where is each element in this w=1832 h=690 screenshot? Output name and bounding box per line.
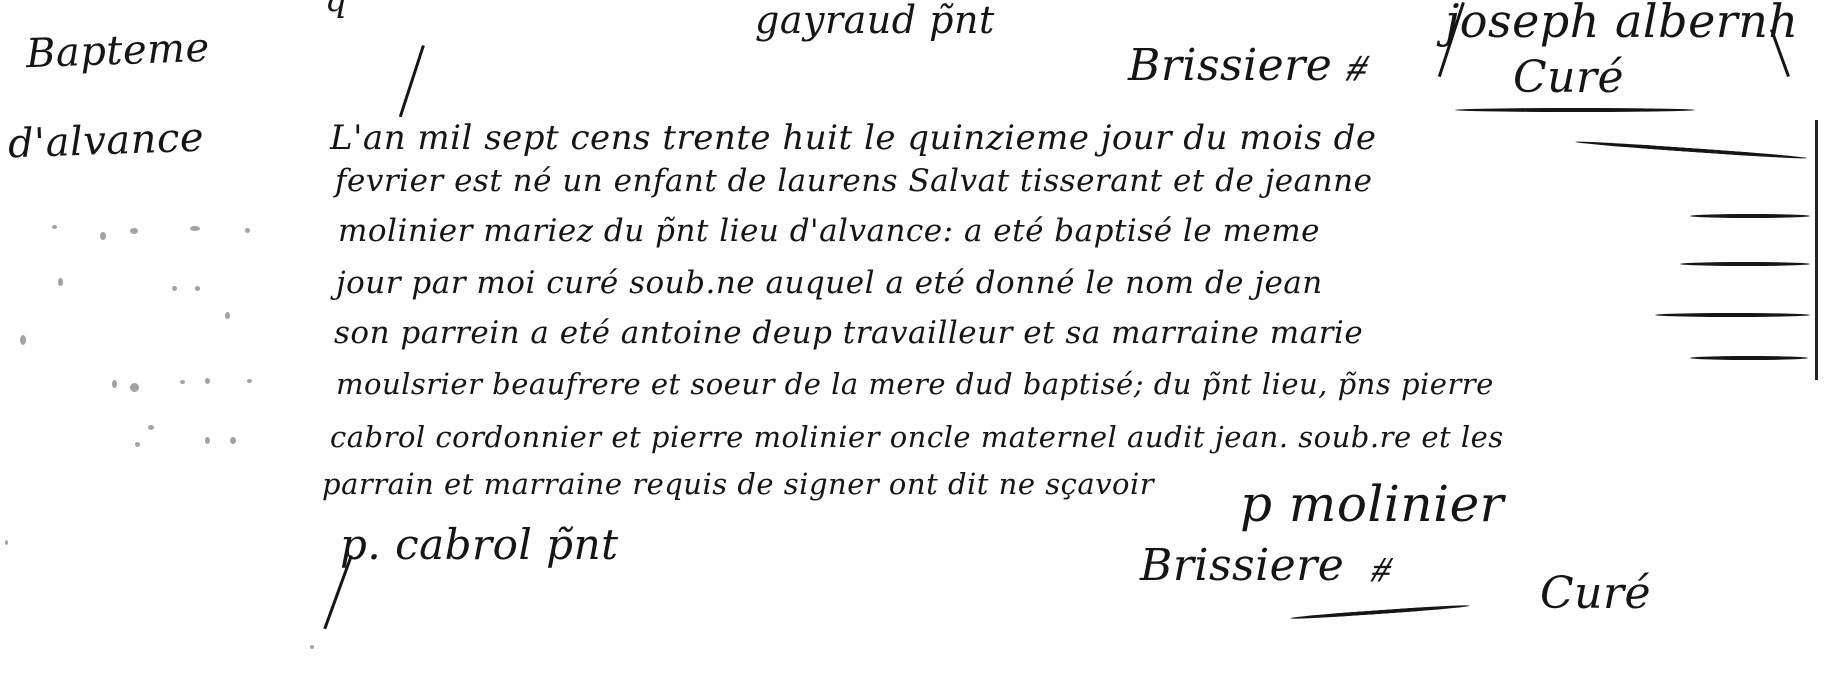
ink-speck [205, 378, 210, 384]
margin-bracket [1815, 120, 1818, 380]
line-filler-4 [1655, 313, 1810, 317]
body-line-7: cabrol cordonnier et pierre molinier onc… [330, 420, 1504, 454]
ink-speck [58, 278, 63, 286]
ink-speck [230, 437, 236, 444]
register-page: Bapteme d'alvance q gayraud p̃nt joseph … [0, 0, 1832, 690]
line-filler-3 [1680, 262, 1810, 266]
ink-speck [130, 383, 139, 392]
ink-speck [225, 312, 230, 319]
ink-speck [247, 379, 252, 383]
ink-speck [180, 380, 185, 384]
initial-flourish [399, 45, 425, 117]
margin-title-bapteme: Bapteme [25, 25, 210, 77]
line-filler-5 [1690, 356, 1808, 360]
line-filler-1 [1575, 140, 1807, 160]
bottom-signature-name: Brissiere [1140, 540, 1344, 591]
signature-underline [1455, 108, 1695, 112]
body-line-6: moulsrier beaufrere et soeur de la mere … [336, 367, 1494, 401]
ink-speck [112, 380, 117, 388]
ink-speck [195, 286, 200, 291]
ink-speck [135, 442, 140, 447]
ink-speck [20, 335, 26, 345]
witness-signature-cabrol: p. cabrol p̃nt [340, 520, 619, 569]
ink-speck [172, 286, 177, 291]
ink-speck [52, 225, 57, 229]
body-line-5: son parrein a eté antoine deup travaille… [334, 315, 1363, 351]
ink-speck [190, 226, 200, 231]
signature-descender [323, 555, 352, 629]
header-fragment-center: gayraud p̃nt [755, 0, 995, 42]
signature-underline [1290, 604, 1470, 621]
top-signature-name: Brissiere [1128, 40, 1332, 91]
ink-speck [5, 540, 8, 545]
margin-title-place: d'alvance [7, 115, 205, 168]
line-filler-2 [1690, 214, 1810, 218]
body-line-1: L'an mil sept cens trente huit le quinzi… [330, 118, 1376, 158]
ink-speck [310, 645, 314, 649]
ink-speck [130, 228, 138, 234]
top-signature-title: Curé [1513, 52, 1624, 103]
ink-speck [205, 437, 210, 444]
ink-speck [245, 228, 250, 233]
ink-speck [100, 232, 106, 240]
body-line-4: jour par moi curé soub.ne auquel a eté d… [336, 265, 1323, 301]
body-line-3: molinier mariez du p̃nt lieu d'alvance: … [338, 213, 1320, 249]
witness-signature-molinier: p molinier [1240, 475, 1504, 533]
header-fragment-left: q [325, 0, 347, 20]
ink-speck [148, 425, 154, 430]
signature-paraph: ⧣ [1345, 46, 1366, 88]
bottom-signature-title: Curé [1540, 568, 1651, 619]
signature-paraph: ⧣ [1370, 548, 1390, 588]
body-line-8: parrain et marraine requis de signer ont… [322, 467, 1154, 501]
body-line-2: fevrier est né un enfant de laurens Salv… [335, 163, 1372, 199]
header-signature-right: joseph albernh [1445, 0, 1799, 48]
